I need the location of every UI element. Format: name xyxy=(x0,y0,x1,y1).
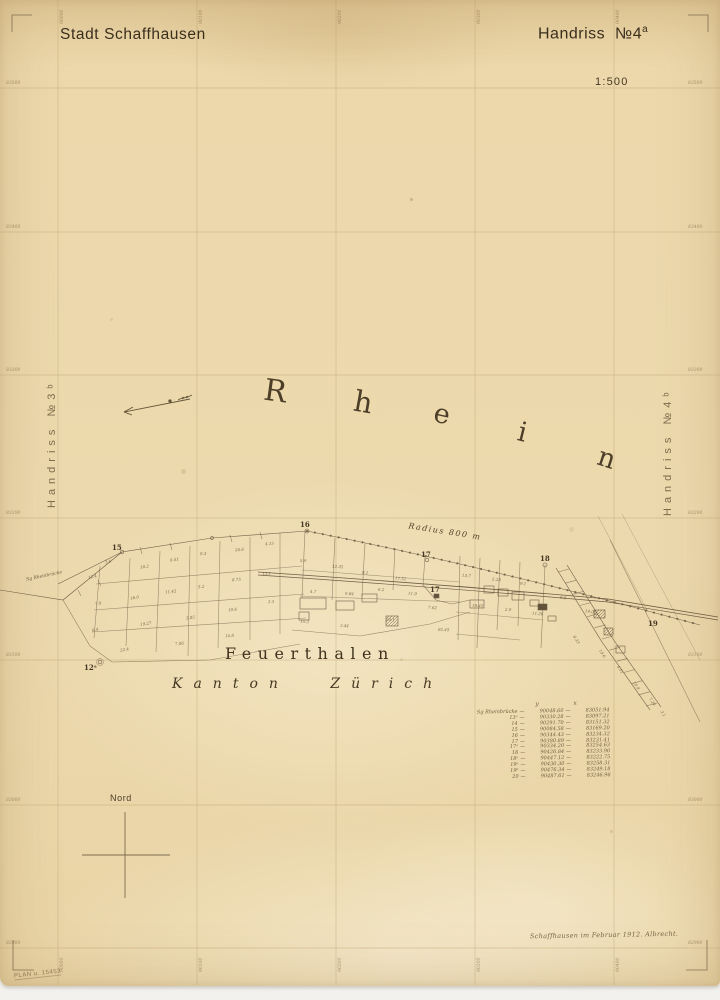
measurement-label: 12.35 xyxy=(332,564,344,570)
measurement-label: 15.3 xyxy=(300,619,309,624)
measurement-label: 13.1 xyxy=(262,571,271,576)
measurement-label: 2.9 xyxy=(505,607,512,612)
sheet-number: Handriss №4a xyxy=(538,24,648,43)
measurement-label: 10.6 xyxy=(228,607,237,613)
measurement-label: 2.3 xyxy=(268,599,275,604)
measurement-label: 6.51 xyxy=(170,557,179,563)
coord-cell: — xyxy=(565,774,574,780)
grid-label-right: 83200 xyxy=(688,511,702,516)
grid-label-left: 83400 xyxy=(6,225,20,230)
survey-point-12ᵃ: 12ᵃ xyxy=(84,663,97,672)
measurement-label: 6.8 xyxy=(560,595,567,601)
measurement-label: 6.2 xyxy=(378,587,385,592)
sheet-number-no: №4 xyxy=(615,25,642,42)
sheet-number-series: Handriss xyxy=(538,25,605,42)
measurement-label: 4.7 xyxy=(310,589,317,594)
grid-label-right: 82900 xyxy=(688,941,702,946)
grid-label-top: 90000 xyxy=(60,10,65,24)
canton-name: Kanton Zürich xyxy=(172,676,443,692)
grid-label-bottom: 90000 xyxy=(60,958,65,972)
measurement-label: 16.45 xyxy=(472,603,484,609)
measurement-label: 5.28 xyxy=(492,577,501,583)
map-scale: 1:500 xyxy=(595,76,629,88)
survey-point-17: 17 xyxy=(421,550,431,559)
grid-label-left: 82900 xyxy=(6,941,20,946)
measurement-label: 11.9 xyxy=(408,591,417,597)
sheet-number-sup: a xyxy=(642,24,648,35)
grid-label-left: 83100 xyxy=(6,653,20,658)
coordinate-table: yxSg Rheinbrücke—90048.60—83051.9413ᵃ—90… xyxy=(473,698,649,781)
grid-label-bottom: 90400 xyxy=(616,958,621,972)
measurement-label: 9.1 xyxy=(520,581,527,587)
coord-cell: 83246.96 xyxy=(574,773,611,780)
grid-label-right: 83100 xyxy=(688,653,702,658)
sheet-title: Stadt Schaffhausen xyxy=(60,26,206,44)
grid-label-right: 83500 xyxy=(688,81,702,86)
measurement-label: 11.26 xyxy=(532,611,544,617)
grid-label-bottom: 90300 xyxy=(477,958,482,972)
adjacent-sheet-right: Handriss №4ᵇ xyxy=(662,387,674,516)
measurement-label: 4.15 xyxy=(265,541,274,546)
measurement-label: 8.1 xyxy=(362,570,369,575)
survey-linework xyxy=(0,0,720,1000)
measurement-label: 5.9 xyxy=(300,558,307,563)
grid-label-top: 90200 xyxy=(338,10,343,24)
survey-point-16: 16 xyxy=(300,520,310,529)
river-flow-arrow xyxy=(124,395,192,415)
measurement-label: 7.62 xyxy=(428,605,437,611)
measurement-label: 17.52 xyxy=(395,576,407,582)
survey-point-18: 18 xyxy=(540,554,550,563)
measurement-label: 82.45 xyxy=(438,627,450,632)
measurement-label: 9.84 xyxy=(345,591,354,596)
north-cross xyxy=(82,812,170,898)
survey-point-19: 19 xyxy=(648,619,658,628)
grid-label-bottom: 90200 xyxy=(338,958,343,972)
measurement-label: 9.3 xyxy=(200,551,207,557)
adjacent-sheet-left: Handriss №3ᵇ xyxy=(46,379,58,508)
grid-label-left: 83500 xyxy=(6,81,20,86)
grid-label-right: 83000 xyxy=(688,798,702,803)
scanned-map-sheet: Stadt Schaffhausen Handriss №4a 1:500 Ha… xyxy=(0,0,720,1000)
coord-col-y: y xyxy=(535,700,539,707)
coord-col-x: x xyxy=(573,700,577,707)
village-name: Feuerthalen xyxy=(225,644,395,663)
measurement-label: 24.6 xyxy=(235,547,244,553)
measurement-label: 14.8 xyxy=(225,633,234,639)
grid-label-left: 83300 xyxy=(6,368,20,373)
survey-point-15: 15 xyxy=(112,543,122,552)
coord-cell: 90487.61 xyxy=(528,774,565,781)
grid-label-left: 83200 xyxy=(6,511,20,516)
measurement-label: 7.06 xyxy=(175,641,184,647)
coord-table-body: Sg Rheinbrücke—90048.60—83051.9413ᵃ—9033… xyxy=(473,707,649,781)
measurement-label: 13.7 xyxy=(462,573,471,579)
measurement-label: 20.1 xyxy=(386,617,395,622)
north-label: Nord xyxy=(110,793,132,803)
grid-label-top: 90400 xyxy=(616,10,621,24)
grid-label-right: 83300 xyxy=(688,368,702,373)
grid-label-left: 83000 xyxy=(6,798,20,803)
measurement-label: 3.44 xyxy=(340,623,349,628)
grid-label-right: 83400 xyxy=(688,225,702,230)
river-name-letter: R xyxy=(262,373,289,411)
survey-point-17: 17 xyxy=(430,585,440,594)
coord-cell: — xyxy=(519,775,528,781)
coordinate-grid xyxy=(0,0,720,985)
grid-label-bottom: 90100 xyxy=(199,958,204,972)
corner-registration-marks xyxy=(12,15,708,970)
grid-label-top: 90100 xyxy=(199,10,204,24)
measurement-label: 3.85 xyxy=(186,615,195,621)
coord-cell: 20 xyxy=(475,775,519,782)
grid-label-top: 90300 xyxy=(477,10,482,24)
measurement-label: 5.2 xyxy=(198,584,205,590)
measurement-label: 8.75 xyxy=(232,577,241,583)
